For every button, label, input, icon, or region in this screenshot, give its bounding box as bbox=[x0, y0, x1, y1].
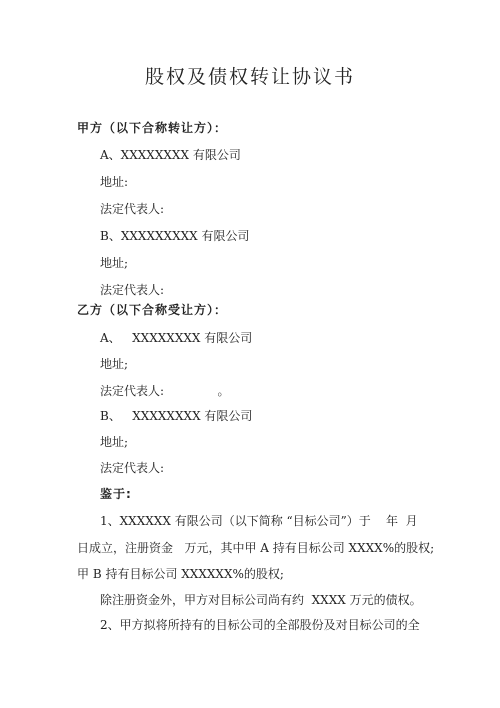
party-b-entity-a-representative: 法定代表人: 。 bbox=[100, 383, 229, 399]
party-b-entity-a-address: 地址; bbox=[100, 356, 128, 372]
whereas-heading: 鉴于: bbox=[100, 486, 132, 502]
party-a-entity-a-representative: 法定代表人: bbox=[100, 201, 164, 217]
document-page: 股权及债权转让协议书 甲方（以下合称转让方）： A、XXXXXXXX 有限公司 … bbox=[0, 0, 500, 708]
whereas-paragraph-1-line-2: 日成立，注册资金 万元，其中甲 A 持有目标公司 XXXX%的股权; bbox=[77, 540, 434, 556]
whereas-paragraph-debt: 除注册资金外，甲方对目标公司尚有约 XXXX 万元的债权。 bbox=[100, 592, 422, 608]
party-a-entity-a-name: A、XXXXXXXX 有限公司 bbox=[100, 147, 241, 163]
party-b-entity-b-representative: 法定代表人: bbox=[100, 460, 164, 476]
party-b-entity-a-name: A、 XXXXXXXX 有限公司 bbox=[100, 330, 252, 346]
whereas-paragraph-1-line-1: 1、XXXXXX 有限公司（以下简称 “目标公司”）于 年 月 bbox=[100, 513, 418, 529]
party-b-entity-b-address: 地址; bbox=[100, 434, 128, 450]
party-a-entity-b-address: 地址; bbox=[100, 255, 128, 271]
party-a-entity-b-representative: 法定代表人: bbox=[100, 282, 164, 298]
whereas-paragraph-1-line-3: 甲 B 持有目标公司 XXXXXX%的股权; bbox=[77, 566, 284, 582]
party-b-entity-b-name: B、 XXXXXXXX 有限公司 bbox=[100, 408, 252, 424]
party-a-entity-b-name: B、XXXXXXXXX 有限公司 bbox=[100, 228, 250, 244]
document-title: 股权及债权转让协议书 bbox=[0, 62, 500, 89]
whereas-paragraph-2: 2、甲方拟将所持有的目标公司的全部股份及对目标公司的全 bbox=[100, 617, 420, 633]
party-a-heading: 甲方（以下合称转让方）： bbox=[77, 120, 227, 136]
party-b-heading: 乙方（以下合称受让方）： bbox=[77, 302, 227, 318]
party-a-entity-a-address: 地址: bbox=[100, 174, 128, 190]
